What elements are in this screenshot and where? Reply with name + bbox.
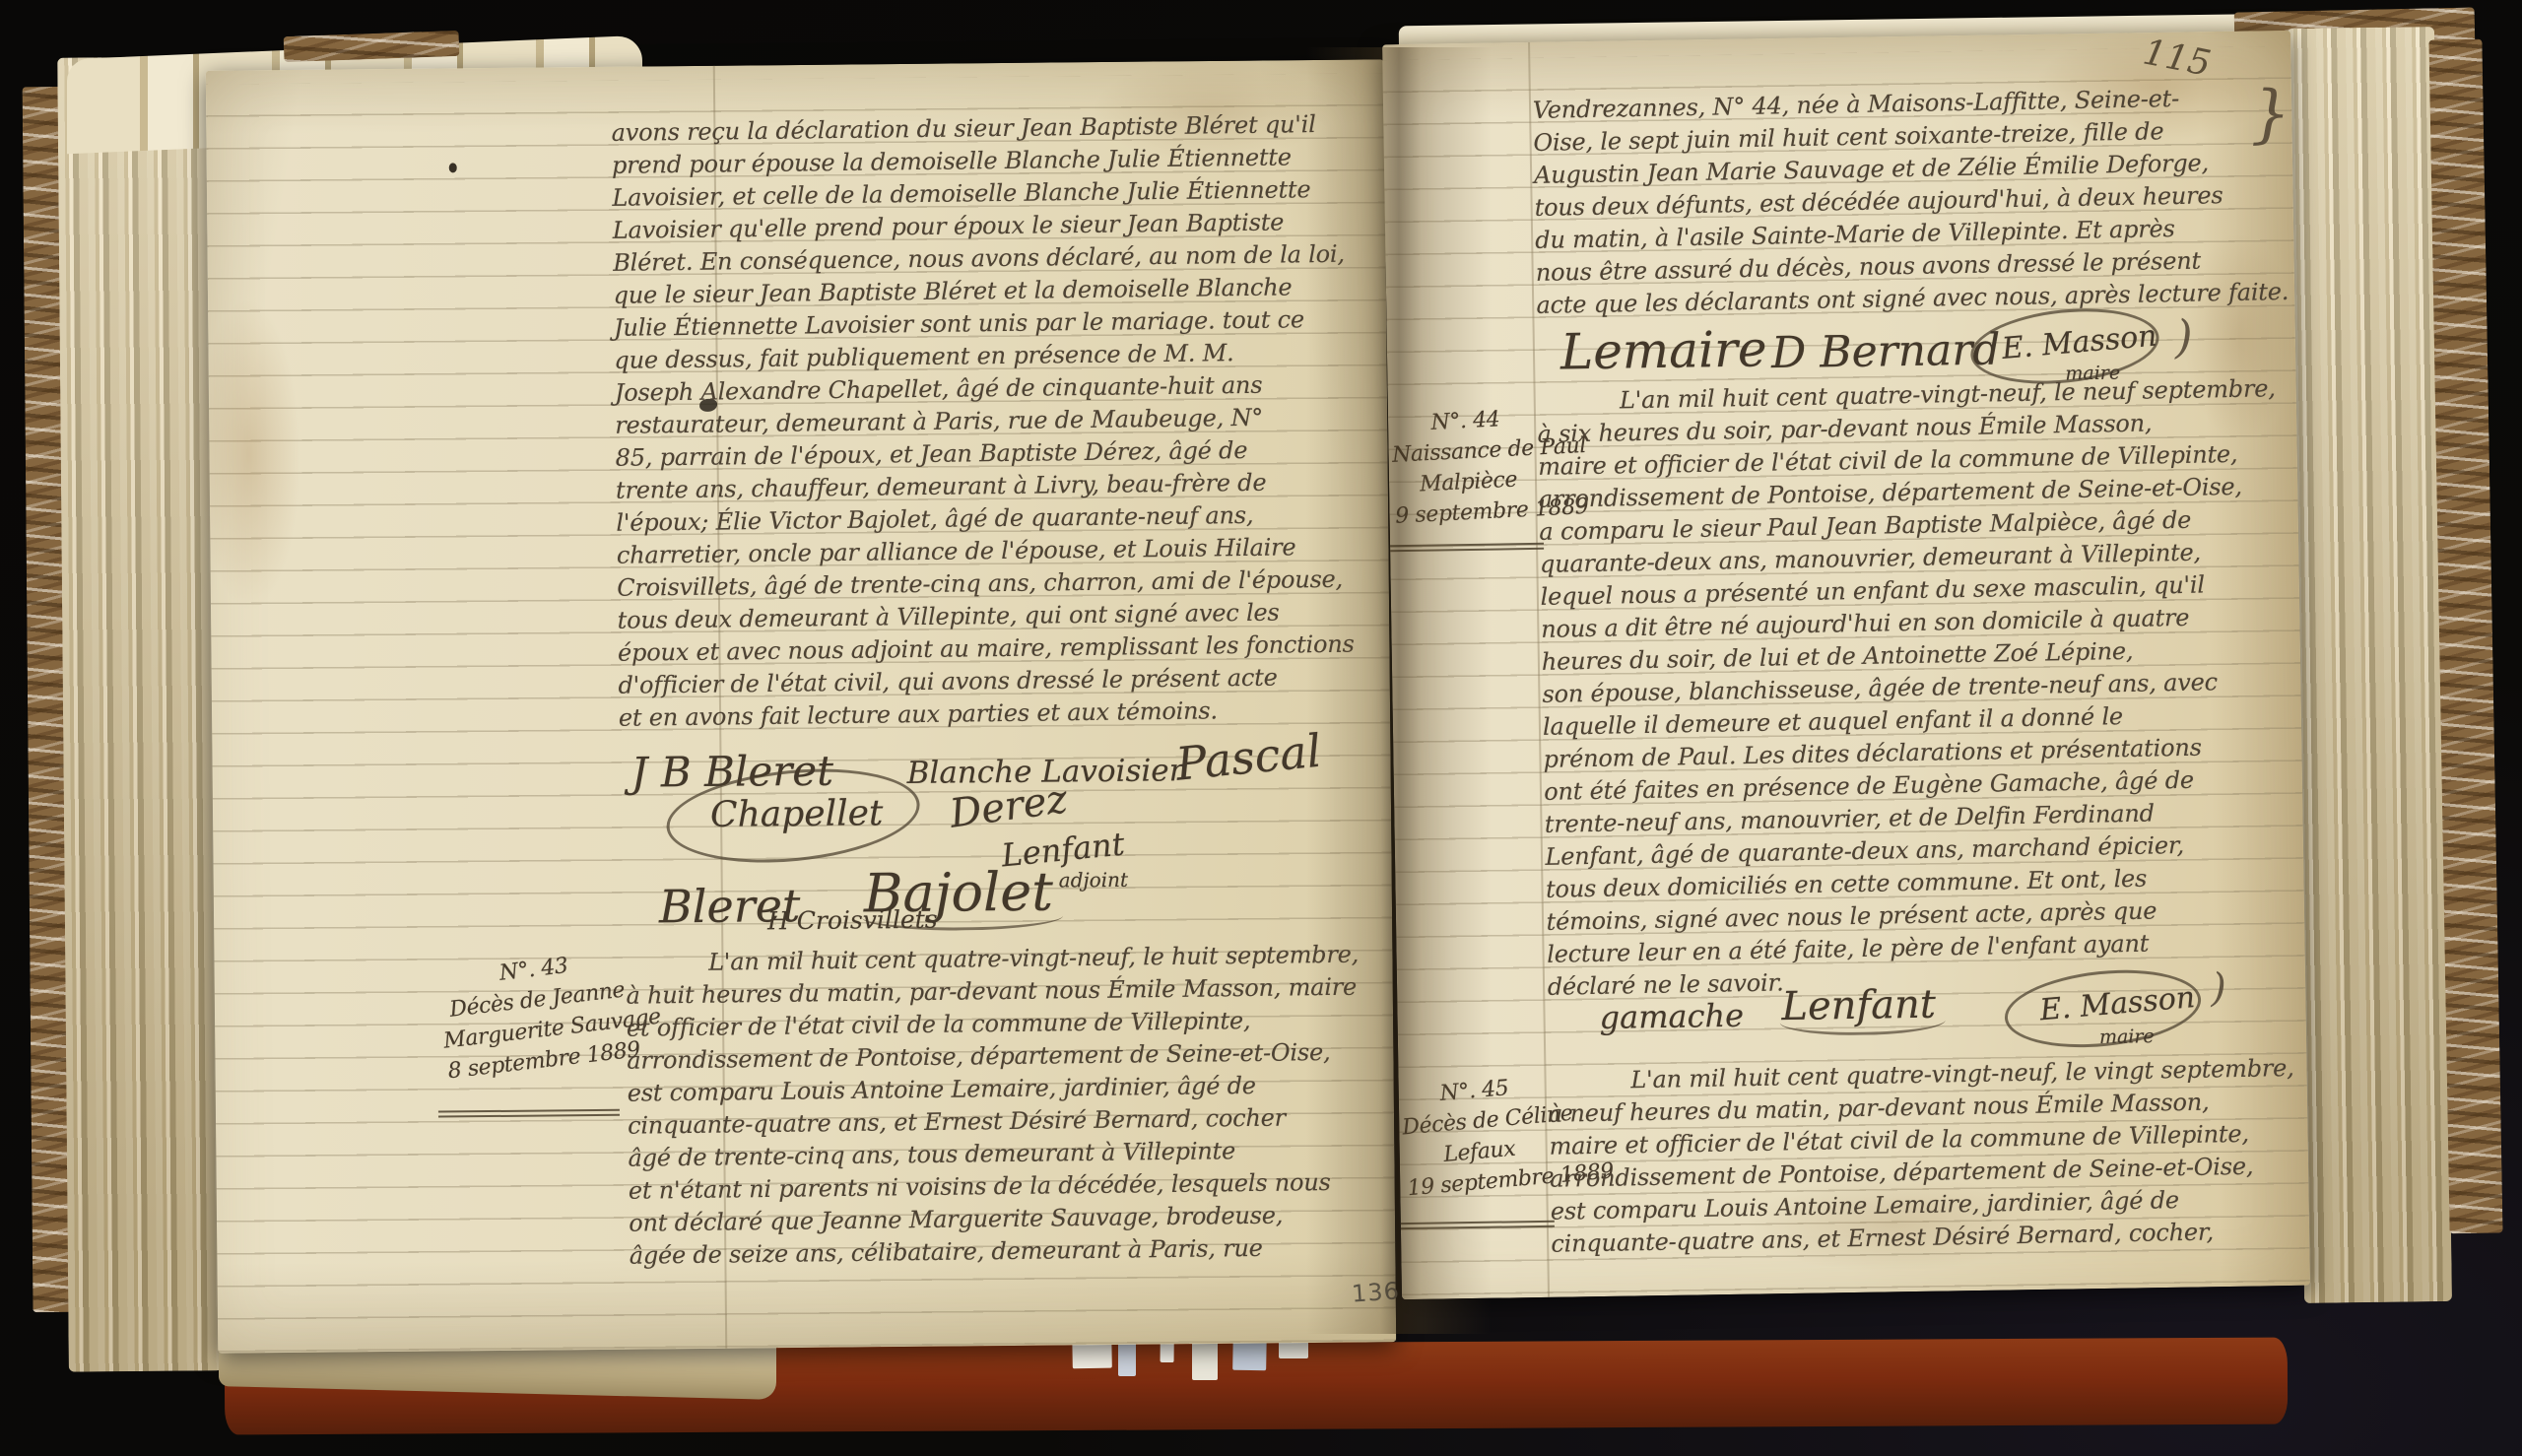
signature-extra: Pascal: [1173, 724, 1323, 791]
signature-lemaire: Lemaire: [1560, 320, 1767, 380]
margin-note-act-43: N°. 43Décès de JeanneMarguerite Sauvage8…: [435, 944, 643, 1088]
flourish-paren-mark: ): [2174, 309, 2193, 363]
signature-family-3: Bajolet: [862, 860, 1064, 931]
register-photo: avons reçu la déclaration du sieur Jean …: [0, 0, 2522, 1456]
margin-separator-rule: [438, 1109, 620, 1118]
margin-separator-rule: [1390, 543, 1544, 552]
margin-note-act-44: N°. 44Naissance de PaulMalpièce9 septemb…: [1390, 402, 1546, 532]
act-42-conclusion-text: avons reçu la déclaration du sieur Jean …: [611, 107, 1379, 734]
left-page: avons reçu la déclaration du sieur Jean …: [206, 59, 1396, 1353]
left-page-stack-edge: [57, 56, 223, 1371]
gutter-pencil-number: 136: [1351, 1277, 1401, 1307]
signature-witness-3-title: adjoint: [1059, 868, 1129, 893]
signature-bernard: D Bernard: [1771, 325, 2001, 379]
signature-gamache: gamache: [1599, 997, 1744, 1036]
act-44-text: L'an mil huit cent quatre-vingt-neuf, le…: [1537, 372, 2314, 1004]
act-43-text: L'an mil huit cent quatre-vingt-neuf, le…: [626, 938, 1384, 1272]
signature-witness-1: Chapellet: [710, 793, 884, 835]
right-page: 115 } ) ) Vendrezannes, N° 44, née à Mai…: [1382, 31, 2310, 1299]
signature-lenfant: Lenfant: [1779, 981, 1946, 1036]
margin-note-act-45: N°. 45Décès de CélineLefaux19 septembre …: [1398, 1070, 1558, 1205]
margin-separator-rule: [1401, 1221, 1555, 1229]
signature-masson-2-title: maire: [2099, 1026, 2155, 1048]
ink-spot: [449, 163, 457, 172]
handwritten-line: 9 septembre 1889: [1394, 494, 1545, 532]
act-43-continuation-text: Vendrezannes, N° 44, née à Maisons-Laffi…: [1533, 81, 2303, 322]
act-45-text: L'an mil huit cent quatre-vingt-neuf, le…: [1548, 1052, 2317, 1261]
page-number: 115: [2140, 32, 2214, 84]
